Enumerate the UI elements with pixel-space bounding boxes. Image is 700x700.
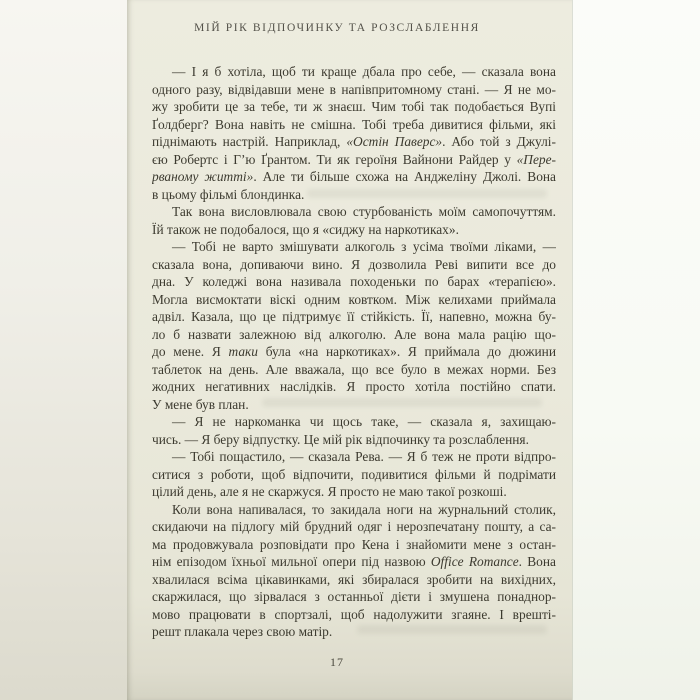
- text-line: — Я не наркоманка чи щось таке, — сказал…: [152, 413, 556, 431]
- text-segment: Їй також не подобалося, що я «сиджу на н…: [152, 222, 459, 237]
- text-segment: адвіл. Казала, що це підтримує її стійкі…: [152, 309, 556, 324]
- text-line: Так вона висловлювала свою стурбованість…: [152, 203, 556, 221]
- text-line: Могла висмоктати віскі одним ковтком. Мі…: [152, 291, 556, 309]
- text-line: одного разу, відвідавши мене в напівприт…: [152, 81, 556, 99]
- text-segment: У мене був план.: [152, 397, 249, 412]
- text-segment: цілий день, але я не скаржуся. Я просто …: [152, 484, 507, 499]
- text-line: нім епізодом їхньої мильної опери під на…: [152, 553, 556, 571]
- text-segment: . Вона: [519, 554, 556, 569]
- text-segment: дна. У коледжі вона називала походеньки …: [152, 274, 556, 289]
- text-line: адвіл. Казала, що це підтримує її стійкі…: [152, 308, 556, 326]
- running-head: МІЙ РІК ВІДПОЧИНКУ ТА РОЗСЛАБЛЕННЯ: [127, 22, 547, 34]
- text-segment: . Або той з Джулі-: [442, 134, 556, 149]
- text-line: піднімають настрій. Наприклад, «Остін Па…: [152, 133, 556, 151]
- text-line: в цьому фільмі блондинка.: [152, 186, 556, 204]
- text-line: цілий день, але я не скаржуся. Я просто …: [152, 483, 556, 501]
- text-segment: в цьому фільмі блондинка.: [152, 187, 304, 202]
- page-number: 17: [127, 655, 547, 670]
- page-left-edge-area: [0, 0, 127, 700]
- italic-text-segment: рваному житті»: [152, 169, 253, 184]
- text-segment: піднімають настрій. Наприклад,: [152, 134, 346, 149]
- text-segment: хвалилася всіма цікавинками, які збирала…: [152, 572, 556, 587]
- text-segment: Так вона висловлювала свою стурбованість…: [172, 204, 556, 219]
- text-line: ма продовжувала розповідати про Кена і з…: [152, 536, 556, 554]
- text-segment: ло б назвати залежною від алкоголю. Але …: [152, 327, 556, 342]
- text-segment: скаржилася, що зірвалася з останньої діє…: [152, 589, 556, 604]
- italic-text-segment: таки: [229, 344, 259, 359]
- background-right: [572, 0, 700, 700]
- text-segment: мово працювати в спортзалі, щоб надолужи…: [152, 607, 556, 622]
- text-line: — Тобі не варто змішувати алкоголь з усі…: [152, 238, 556, 256]
- text-segment: ма продовжувала розповідати про Кена і з…: [152, 537, 556, 552]
- text-line: ло б назвати залежною від алкоголю. Але …: [152, 326, 556, 344]
- text-segment: нім епізодом їхньої мильної опери під на…: [152, 554, 431, 569]
- text-line: Їй також не подобалося, що я «сиджу на н…: [152, 221, 556, 239]
- text-line: У мене був план.: [152, 396, 556, 414]
- text-line: ситися з роботи, щоб відпочити, подивити…: [152, 466, 556, 484]
- italic-text-segment: «Пере-: [517, 152, 556, 167]
- text-line: мово працювати в спортзалі, щоб надолужи…: [152, 606, 556, 624]
- text-line: до мене. Я таки була «на наркотиках». Я …: [152, 343, 556, 361]
- text-line: хвалилася всіма цікавинками, які збирала…: [152, 571, 556, 589]
- text-segment: сказала вона, допиваючи вино. Я дозволил…: [152, 257, 556, 272]
- text-segment: єю Робертс і Г’ю Ґрантом. Ти як героїня …: [152, 152, 517, 167]
- book-page-photo: МІЙ РІК ВІДПОЧИНКУ ТА РОЗСЛАБЛЕННЯ — І я…: [0, 0, 700, 700]
- text-line: жу зробити це за тебе, ти ж знаєш. Чим т…: [152, 98, 556, 116]
- text-segment: таблеток на день. Але вважала, що все бу…: [152, 362, 556, 377]
- book-page: МІЙ РІК ВІДПОЧИНКУ ТА РОЗСЛАБЛЕННЯ — І я…: [127, 0, 572, 700]
- text-segment: жу зробити це за тебе, ти ж знаєш. Чим т…: [152, 99, 556, 114]
- text-segment: решт плакала через свою матір.: [152, 624, 332, 639]
- text-line: чись. — Я беру відпустку. Це мій рік від…: [152, 431, 556, 449]
- text-line: рваному житті». Але ти більше схожа на А…: [152, 168, 556, 186]
- text-segment: — І я б хотіла, щоб ти краще дбала про с…: [172, 64, 556, 79]
- text-line: дна. У коледжі вона називала походеньки …: [152, 273, 556, 291]
- text-segment: до мене. Я: [152, 344, 229, 359]
- text-line: Ґолдберг? Вона навіть не смішна. Тобі тр…: [152, 116, 556, 134]
- text-line: єю Робертс і Г’ю Ґрантом. Ти як героїня …: [152, 151, 556, 169]
- text-segment: Ґолдберг? Вона навіть не смішна. Тобі тр…: [152, 117, 556, 132]
- text-segment: була «на наркотиках». Я приймала до дюжи…: [258, 344, 556, 359]
- text-segment: скидаючи на підлогу мій брудний одяг і н…: [152, 519, 556, 534]
- text-segment: — Тобі не варто змішувати алкоголь з усі…: [172, 239, 556, 254]
- text-segment: . Але ти більше схожа на Анджеліну Джолі…: [253, 169, 556, 184]
- text-line: Коли вона напивалася, то закидала ноги н…: [152, 501, 556, 519]
- text-segment: — Я не наркоманка чи щось таке, — сказал…: [172, 414, 556, 429]
- body-text: — І я б хотіла, щоб ти краще дбала про с…: [152, 63, 556, 641]
- text-line: скаржилася, що зірвалася з останньої діє…: [152, 588, 556, 606]
- text-line: сказала вона, допиваючи вино. Я дозволил…: [152, 256, 556, 274]
- text-segment: чись. — Я беру відпустку. Це мій рік від…: [152, 432, 529, 447]
- text-segment: одного разу, відвідавши мене в напівприт…: [152, 82, 556, 97]
- text-line: — І я б хотіла, щоб ти краще дбала про с…: [152, 63, 556, 81]
- text-line: решт плакала через свою матір.: [152, 623, 556, 641]
- text-line: жодних негативних наслідків. Я просто хо…: [152, 378, 556, 396]
- italic-text-segment: «Остін Паверс»: [346, 134, 442, 149]
- text-line: — Тобі пощастило, — сказала Рева. — Я б …: [152, 448, 556, 466]
- text-segment: ситися з роботи, щоб відпочити, подивити…: [152, 467, 556, 482]
- text-segment: Коли вона напивалася, то закидала ноги н…: [172, 502, 556, 517]
- text-line: таблеток на день. Але вважала, що все бу…: [152, 361, 556, 379]
- text-line: скидаючи на підлогу мій брудний одяг і н…: [152, 518, 556, 536]
- text-segment: жодних негативних наслідків. Я просто хо…: [152, 379, 556, 394]
- text-segment: Могла висмоктати віскі одним ковтком. Мі…: [152, 292, 556, 307]
- italic-text-segment: Office Romance: [431, 554, 519, 569]
- text-segment: — Тобі пощастило, — сказала Рева. — Я б …: [172, 449, 556, 464]
